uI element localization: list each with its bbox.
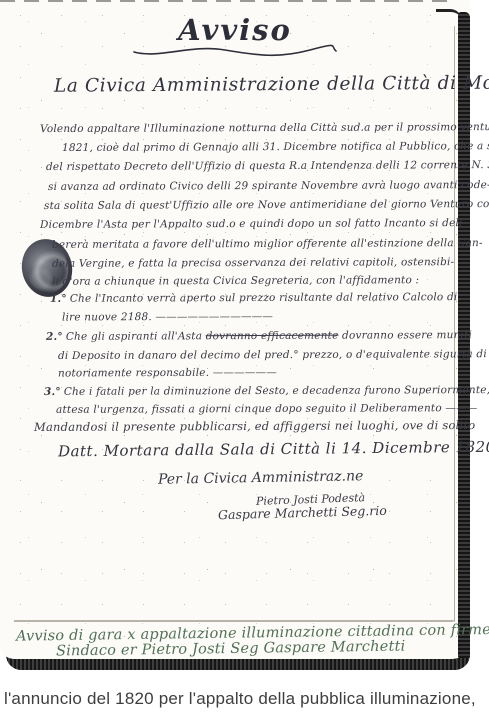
photo-caption: l'annuncio del 1820 per l'appalto della …: [4, 689, 489, 709]
body-line: Volendo appaltare l'Illuminazione nottur…: [40, 121, 489, 135]
scan-top-edge: [0, 0, 456, 2]
item-number: 1.°: [50, 293, 67, 305]
body-line: li d'ora a chiunque in questa Civica Seg…: [52, 274, 419, 288]
item-line: notoriamente responsabile. ——————: [58, 367, 277, 380]
body-line: Dicembre l'Asta per l'Appalto sud.o e qu…: [40, 217, 466, 231]
body-line: del rispettato Decreto dell'Uffizio di q…: [46, 159, 489, 173]
item-text: dovranno essere muniti: [338, 329, 472, 342]
item-line: attesa l'urgenza, fissati a giorni cinqu…: [56, 402, 478, 416]
document-bottom-edge: [14, 620, 454, 622]
item-line: 2.°Che gli aspiranti all'Asta dovranno e…: [46, 329, 472, 343]
scanned-document-photo: Avviso La Civica Amministrazione della C…: [0, 0, 489, 676]
item-line: 1.°Che l'Incanto verrà aperto sul prezzo…: [50, 291, 458, 305]
item-text: Che i fatali per la diminuzione del Sest…: [64, 384, 489, 398]
body-line: sta solita Sala di quest'Uffizio alle or…: [44, 198, 489, 212]
item-number: 2.°: [46, 331, 63, 343]
item-line: 3.°Che i fatali per la diminuzione del S…: [44, 384, 489, 398]
manuscript-title: Avviso: [178, 13, 292, 47]
item-line: lire nuove 2188. ———————————: [62, 311, 273, 324]
item-text: Che l'Incanto verrà aperto sul prezzo ri…: [70, 291, 458, 305]
manuscript-title-block: Avviso: [0, 13, 470, 59]
manuscript-heading: La Civica Amministrazione della Città di…: [54, 72, 489, 96]
struck-text: dovranno efficacemente: [206, 330, 339, 343]
document-right-edge: [454, 26, 455, 622]
item-line: di Deposito in danaro del decimo del pre…: [58, 348, 489, 362]
body-line: si avanza ad ordinato Civico delli 29 sp…: [48, 179, 489, 193]
closing-line: Mandandosi il presente pubblicarsi, ed a…: [34, 418, 475, 434]
item-number: 3.°: [44, 386, 61, 398]
body-line: bererà meritata a favore dell'ultimo mig…: [52, 237, 483, 251]
body-line: dela Vergine, e fatta la precisa osserva…: [52, 256, 454, 270]
item-text: Che gli aspiranti all'Asta: [66, 330, 206, 343]
body-line: 1821, cioè dal primo di Gennajo alli 31.…: [62, 140, 489, 154]
